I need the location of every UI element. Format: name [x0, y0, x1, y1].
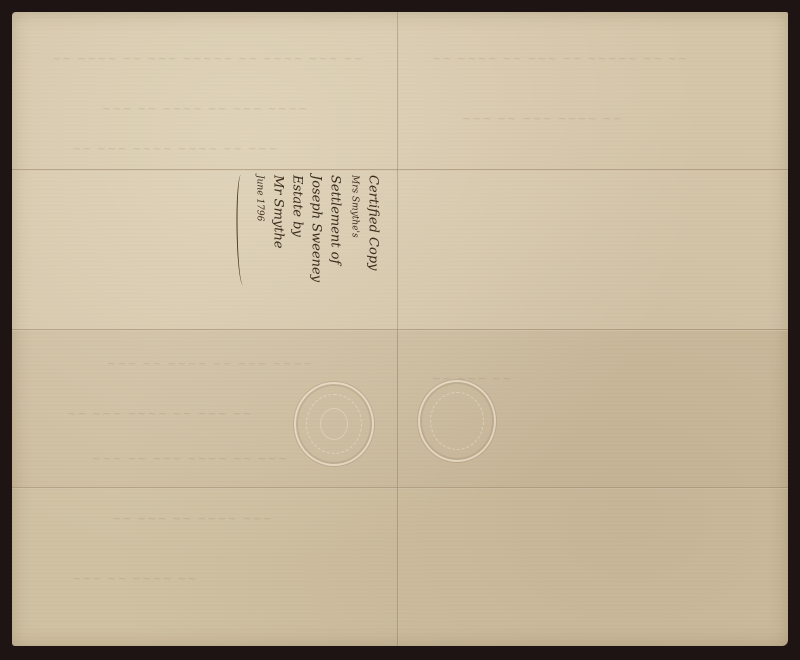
panel-endorsement	[12, 171, 788, 329]
endorsement-date: June 1796	[249, 175, 268, 335]
flourish	[236, 175, 247, 285]
bleed-through-text: ~~ ~~~ ~~~~ ~~~~ ~~ ~~~	[72, 142, 278, 155]
endorsement-line: Settlement of	[325, 175, 344, 335]
endorsement: Certified Copy Mrs Smythe's Settlement o…	[207, 175, 382, 335]
embossed-seal-left	[294, 382, 374, 466]
endorsement-line: Certified Copy	[363, 175, 382, 335]
document-sheet: ~~ ~~~~ ~~ ~~~ ~~~~~ ~~ ~~~~ ~~~ ~~ ~~~ …	[12, 12, 788, 646]
bleed-through-text: ~~ ~~~ ~~ ~~~~ ~~~	[112, 512, 273, 525]
bleed-through-text: ~~ ~~~~ ~~ ~~~ ~~~~~ ~~ ~~~~ ~~~ ~~	[52, 52, 364, 65]
endorsement-line: Mrs Smythe's	[344, 175, 363, 335]
endorsement-line: Mr Smythe	[268, 175, 287, 335]
bleed-through-text: ~~ ~~~~ ~~ ~~~ ~~ ~~~~~ ~~ ~~	[432, 52, 688, 65]
endorsement-line: Joseph Sweeney	[306, 175, 325, 335]
bleed-through-text: ~~~ ~~ ~~~~ ~~ ~~~ ~~~~	[102, 102, 308, 115]
bleed-through-text: ~~~ ~~ ~~~~ ~~	[72, 572, 198, 585]
endorsement-line: Estate by	[287, 175, 306, 335]
embossed-seal-right	[418, 380, 496, 462]
bleed-through-text: ~~~ ~~ ~~~ ~~~~ ~~ ~~~	[92, 452, 288, 465]
bleed-through-text: ~~~ ~~ ~~~~ ~~ ~~~ ~~~~	[107, 357, 313, 370]
bleed-through-text: ~~ ~~~ ~~~~ ~~ ~~~ ~~	[67, 407, 253, 420]
bleed-through-text: ~~~ ~~ ~~~ ~~~~ ~~	[462, 112, 623, 125]
